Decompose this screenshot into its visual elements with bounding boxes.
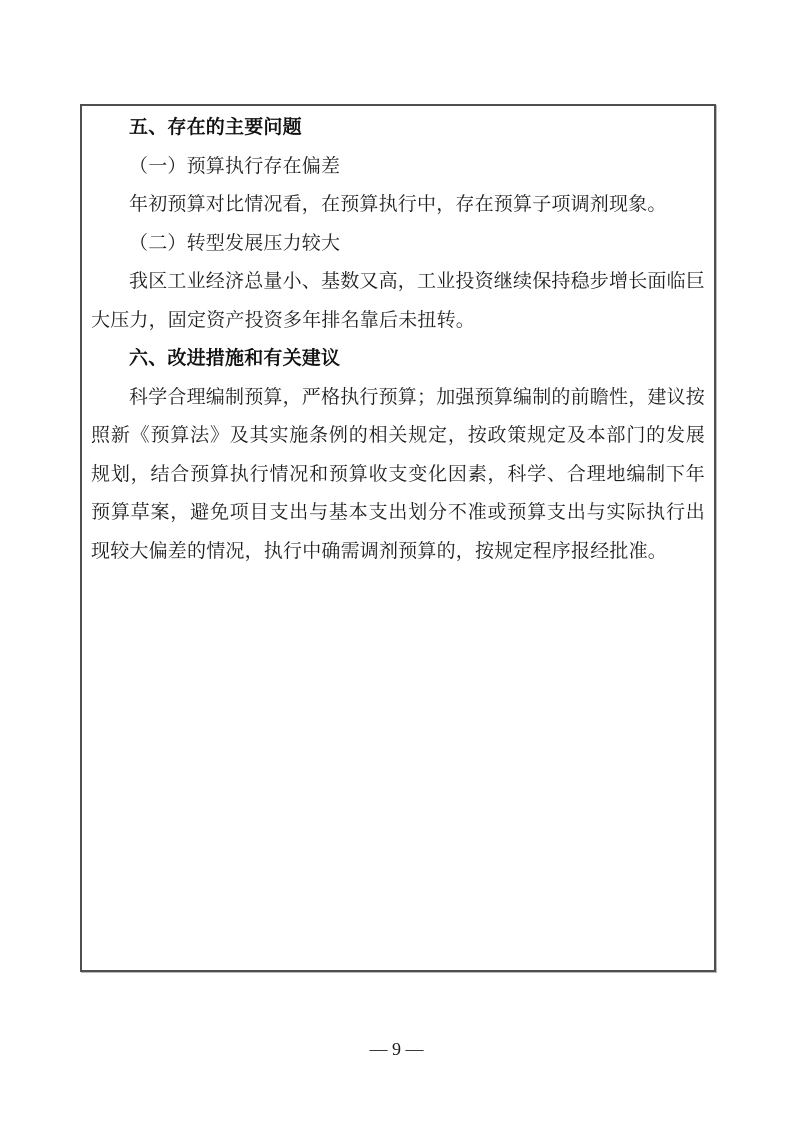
subsection-heading-transformation-pressure: （二）转型发展压力较大 — [91, 225, 705, 264]
page-number: — 9 — — [0, 1036, 793, 1062]
document-page: 五、存在的主要问题 （一）预算执行存在偏差 年初预算对比情况看，在预算执行中，存… — [0, 0, 793, 1122]
paragraph-improvement-measures-detail: 科学合理编制预算，严格执行预算；加强预算编制的前瞻性，建议按照新《预算法》及其实… — [91, 379, 705, 572]
paragraph-transformation-pressure-detail: 我区工业经济总量小、基数又高，工业投资继续保持稳步增长面临巨大压力，固定资产投资… — [91, 263, 705, 340]
section-heading-improvement-measures: 六、改进措施和有关建议 — [91, 340, 705, 379]
subsection-heading-budget-deviation: （一）预算执行存在偏差 — [91, 148, 705, 187]
section-heading-problems: 五、存在的主要问题 — [91, 109, 705, 148]
content-border-box: 五、存在的主要问题 （一）预算执行存在偏差 年初预算对比情况看，在预算执行中，存… — [80, 104, 716, 972]
paragraph-budget-deviation-detail: 年初预算对比情况看，在预算执行中，存在预算子项调剂现象。 — [91, 186, 705, 225]
